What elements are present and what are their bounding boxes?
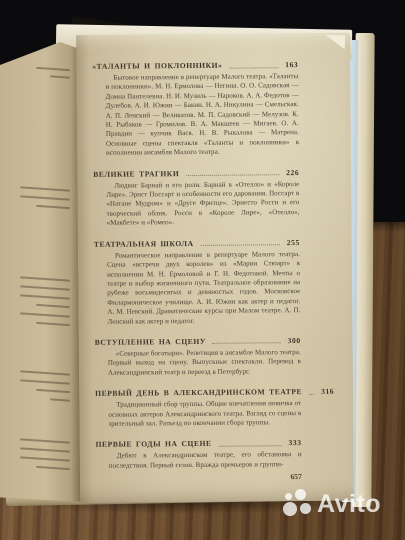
toc-entry-description: «Северные богатыри». Репетиция в ансамбл…	[108, 348, 301, 378]
toc-section: «ТАЛАНТЫ И ПОКЛОННИКИ» 163 Бытовое напра…	[92, 60, 299, 158]
dot-leader	[309, 394, 314, 395]
left-page-text-fragment	[20, 447, 70, 452]
left-page-text-fragment	[36, 67, 70, 71]
toc-entry-page-number: 300	[286, 336, 301, 345]
toc-section: ВЕЛИКИЕ ТРАГИКИ 226 Людвиг Барнай и его …	[93, 168, 300, 229]
toc-entry-title: «ТАЛАНТЫ И ПОКЛОННИКИ»	[92, 61, 222, 71]
toc-entry-page-number: 163	[283, 60, 298, 69]
toc-section: ПЕРВЫЕ ГОДЫ НА СЦЕНЕ 333 Дебют в Алексан…	[96, 438, 302, 483]
toc-entry: ВСТУПЛЕНИЕ НА СЦЕНУ 300	[95, 336, 301, 347]
stray-page-number: 657	[96, 472, 302, 483]
left-page-partial	[0, 42, 86, 502]
left-page-text-fragment	[20, 186, 70, 191]
right-page-table-of-contents: «ТАЛАНТЫ И ПОКЛОННИКИ» 163 Бытовое напра…	[76, 33, 354, 503]
dot-leader	[186, 174, 279, 176]
toc-entry-page-number: 226	[284, 168, 299, 177]
toc-section: ВСТУПЛЕНИЕ НА СЦЕНУ 300 «Северные богаты…	[95, 336, 301, 378]
avito-watermark-label: Avito	[317, 490, 381, 519]
toc-entry-title: ПЕРВЫЙ ДЕНЬ В АЛЕКСАНДРИНСКОМ ТЕАТРЕ	[95, 387, 302, 398]
avito-logo-icon	[283, 489, 314, 520]
toc-entry: «ТАЛАНТЫ И ПОКЛОННИКИ» 163	[92, 60, 298, 71]
toc-entry-page-number: 316	[319, 387, 334, 396]
left-page-text-fragment	[20, 195, 70, 200]
left-page-text-fragment	[36, 466, 70, 470]
left-page-text-fragment	[20, 312, 70, 317]
toc-entry: ТЕАТРАЛЬНАЯ ШКОЛА 255	[94, 238, 300, 249]
dot-leader	[201, 244, 280, 246]
left-page-text-fragment	[20, 370, 70, 375]
left-page-text-fragment	[36, 304, 70, 308]
toc-entry: ВЕЛИКИЕ ТРАГИКИ 226	[93, 168, 299, 179]
left-page-text-fragment	[50, 75, 70, 78]
avito-watermark: Avito	[283, 489, 381, 520]
left-page-text-fragment	[36, 389, 70, 393]
toc-entry-title: ТЕАТРАЛЬНАЯ ШКОЛА	[94, 239, 194, 249]
left-page-text-fragment	[20, 438, 70, 443]
toc-entry-page-number: 333	[287, 438, 302, 447]
toc-entry-page-number: 255	[285, 238, 300, 247]
toc-entry-description: Романтическое направление в репертуаре М…	[107, 250, 301, 327]
toc-entry-title: ПЕРВЫЕ ГОДЫ НА СЦЕНЕ	[96, 439, 212, 449]
toc-entry-description: Бытовое направление в репертуаре Малого …	[105, 72, 299, 158]
toc-section: ПЕРВЫЙ ДЕНЬ В АЛЕКСАНДРИНСКОМ ТЕАТРЕ 316…	[95, 387, 301, 429]
book-photo-scene: «ТАЛАНТЫ И ПОКЛОННИКИ» 163 Бытовое напра…	[0, 0, 405, 540]
toc-entry-title: ВЕЛИКИЕ ТРАГИКИ	[93, 169, 179, 179]
page-corner-fold	[325, 35, 345, 50]
left-page-text-fragment	[20, 276, 70, 281]
left-page-text-fragment	[20, 456, 70, 461]
toc-entry: ПЕРВЫЕ ГОДЫ НА СЦЕНЕ 333	[96, 438, 302, 449]
dot-leader	[213, 343, 281, 345]
left-page-text-fragment	[36, 322, 70, 326]
left-page-text-fragment	[20, 294, 70, 299]
toc-entry: ПЕРВЫЙ ДЕНЬ В АЛЕКСАНДРИНСКОМ ТЕАТРЕ 316	[95, 387, 301, 398]
dot-leader	[229, 67, 278, 68]
toc-entry-description: Дебют в Александринском театре, его обст…	[109, 450, 302, 470]
toc-entry-description: Традиционный сбор труппы. Общие впечатле…	[108, 399, 301, 429]
toc-section: ТЕАТРАЛЬНАЯ ШКОЛА 255 Романтическое напр…	[94, 238, 301, 327]
left-page-text-fragment	[50, 398, 70, 401]
left-page-text-fragment	[20, 285, 70, 290]
left-page-text-fragment	[36, 205, 70, 209]
left-page-text-fragment	[20, 379, 70, 384]
toc-entry-title: ВСТУПЛЕНИЕ НА СЦЕНУ	[95, 337, 206, 347]
dot-leader	[219, 445, 282, 447]
toc-entry-description: Людвиг Барнай и его роли. Барнай в «Отел…	[106, 180, 299, 229]
